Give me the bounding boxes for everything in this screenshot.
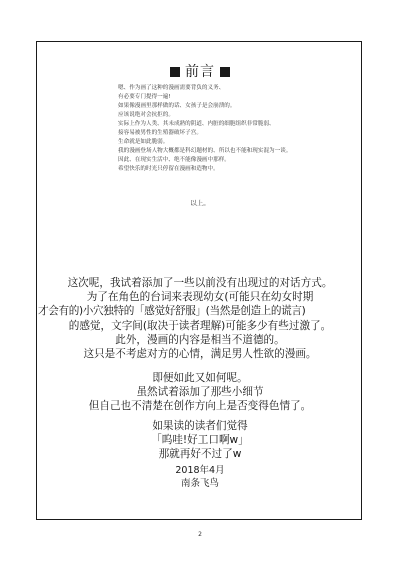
paragraph-line: 那就再好不过了w [0, 447, 400, 461]
paragraph-line: 此外，漫画的内容是相当不道德的。 [38, 333, 362, 347]
foreword-line: 嗯、作为画了这种的漫画需要背负的义务、 [118, 84, 358, 93]
afterword-paragraph-3: 如果读的读者们觉得 「呜哇!好工口啊w」 那就再好不过了w [0, 419, 400, 462]
paragraph-line: 才会有的)小穴独特的「感觉好舒服」(当然是创造上的谎言) [38, 304, 362, 318]
foreword-line: 如果像漫画里那样做的话、女孩子是会崩溃的。 [118, 102, 358, 111]
foreword-end-mark: 以上。 [0, 198, 400, 207]
signature-author: 南条飞鸟 [0, 477, 400, 490]
black-square-icon [170, 67, 180, 77]
foreword-line: 希望快乐的时光只停留在漫画和造物中。 [118, 165, 358, 174]
foreword-line: 我的漫画登场人物大概都是科幻题材的、所以也不能和现实混为一谈。 [118, 147, 358, 156]
foreword-line: 实际上作为人类、其未成熟的阴道、内脏的细胞组织非常脆弱、 [118, 120, 358, 129]
foreword-header: 前言 [0, 63, 400, 81]
foreword-line: 应该说绝对会抗拒的。 [118, 111, 358, 120]
afterword-paragraph-2: 即便如此又如何呢。 虽然试着添加了那些小细节 但自己也不清楚在创作方向上是否变得… [0, 371, 400, 414]
paragraph-line: 「呜哇!好工口啊w」 [0, 433, 400, 447]
signature-date: 2018年4月 [0, 464, 400, 477]
foreword-notice: 嗯、作为画了这种的漫画需要背负的义务、 有必要专门提得一遍! 如果像漫画里那样做… [118, 84, 358, 174]
page-number: 2 [0, 531, 400, 538]
foreword-line: 生命就是如此脆弱。 [118, 138, 358, 147]
foreword-line: 因此、在现实生活中、绝不能像漫画中那样。 [118, 156, 358, 165]
signature-block: 2018年4月 南条飞鸟 [0, 464, 400, 490]
paragraph-line: 这次呢，我试着添加了一些以前没有出现过的对话方式。 [38, 276, 362, 290]
paragraph-line: 虽然试着添加了那些小细节 [0, 385, 400, 399]
paragraph-line: 这只是不考虑对方的心情，满足男人性欲的漫画。 [38, 347, 362, 361]
paragraph-line: 如果读的读者们觉得 [0, 419, 400, 433]
foreword-line: 接容易被男性的生殖器破坏子宫。 [118, 129, 358, 138]
paragraph-line: 为了在角色的台词来表现幼女(可能只在幼女时期 [38, 290, 362, 304]
paragraph-line: 但自己也不清楚在创作方向上是否变得色情了。 [0, 399, 400, 413]
paragraph-line: 即便如此又如何呢。 [0, 371, 400, 385]
black-square-icon [220, 67, 230, 77]
afterword-paragraph-1: 这次呢，我试着添加了一些以前没有出现过的对话方式。 为了在角色的台词来表现幼女(… [38, 276, 362, 361]
foreword-line: 有必要专门提得一遍! [118, 93, 358, 102]
paragraph-line: 的感觉，文字间(取决于读者理解)可能多少有些过激了。 [38, 319, 362, 333]
foreword-title: 前言 [185, 64, 215, 80]
